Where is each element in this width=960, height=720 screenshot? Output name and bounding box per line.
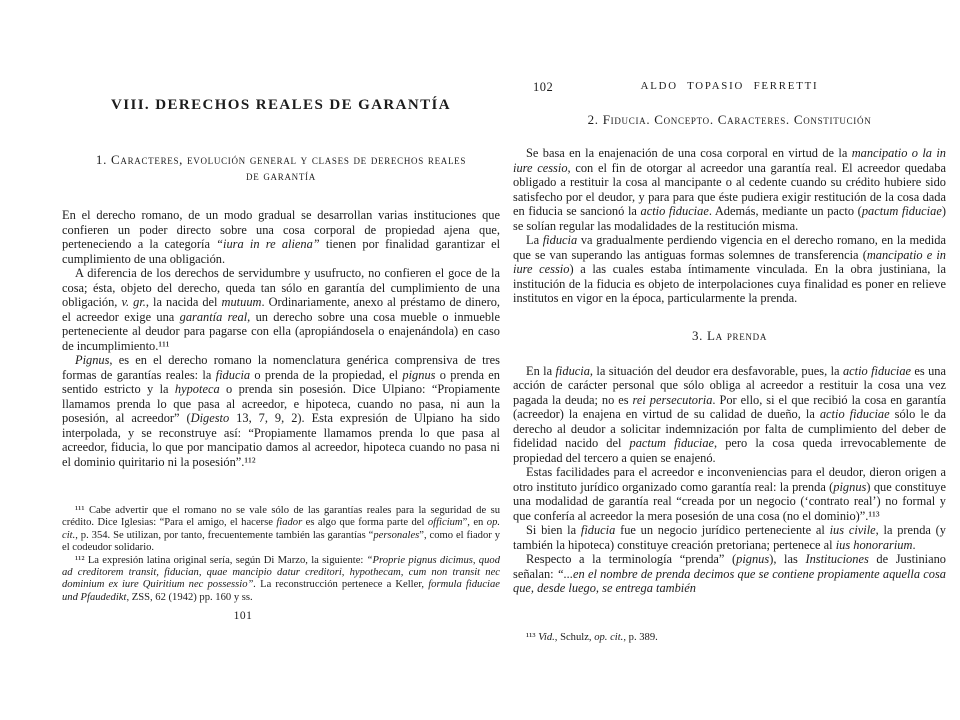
paragraph: En la fiducia, la situación del deudor e… — [513, 364, 946, 466]
paragraph: Pignus, es en el derecho romano la nomen… — [62, 353, 500, 469]
footnote-112: ¹¹² La expresión latina original sería, … — [62, 555, 500, 605]
page-header: 102 ALDO TOPASIO FERRETTI — [513, 80, 946, 96]
section-heading-3: 3. La prenda — [513, 328, 946, 344]
footnotes-block: ¹¹³ Vid., Schulz, op. cit., p. 389. — [513, 632, 946, 644]
left-page: VIII. DERECHOS REALES DE GARANTÍA 1. Car… — [62, 96, 500, 622]
paragraph: Se basa en la enajenación de una cosa co… — [513, 146, 946, 233]
paragraph: A diferencia de los derechos de servidum… — [62, 266, 500, 353]
book-scan-spread: { "left_page": { "title": "VIII. DERECHO… — [0, 0, 960, 720]
paragraph: En el derecho romano, de un modo gradual… — [62, 208, 500, 266]
page-number: 101 — [24, 610, 462, 622]
right-page: 102 ALDO TOPASIO FERRETTI 2. Fiducia. Co… — [513, 80, 946, 644]
footnote-113: ¹¹³ Vid., Schulz, op. cit., p. 389. — [513, 632, 946, 644]
footnotes-block: ¹¹¹ Cabe advertir que el romano no se va… — [62, 505, 500, 604]
footnote-111: ¹¹¹ Cabe advertir que el romano no se va… — [62, 505, 500, 555]
paragraph: Respecto a la terminología “prenda” (pig… — [513, 552, 946, 596]
paragraph: Estas facilidades para el acreedor e inc… — [513, 465, 946, 523]
chapter-title: VIII. DERECHOS REALES DE GARANTÍA — [62, 96, 500, 114]
section-heading-1: 1. Caracteres, evolución general y clase… — [88, 152, 473, 184]
section-heading-2: 2. Fiducia. Concepto. Caracteres. Consti… — [513, 112, 946, 128]
paragraph: La fiducia va gradualmente perdiendo vig… — [513, 233, 946, 306]
paragraph: Si bien la fiducia fue un negocio jurídi… — [513, 523, 946, 552]
page-number: 102 — [533, 80, 553, 95]
running-head: ALDO TOPASIO FERRETTI — [513, 80, 946, 92]
